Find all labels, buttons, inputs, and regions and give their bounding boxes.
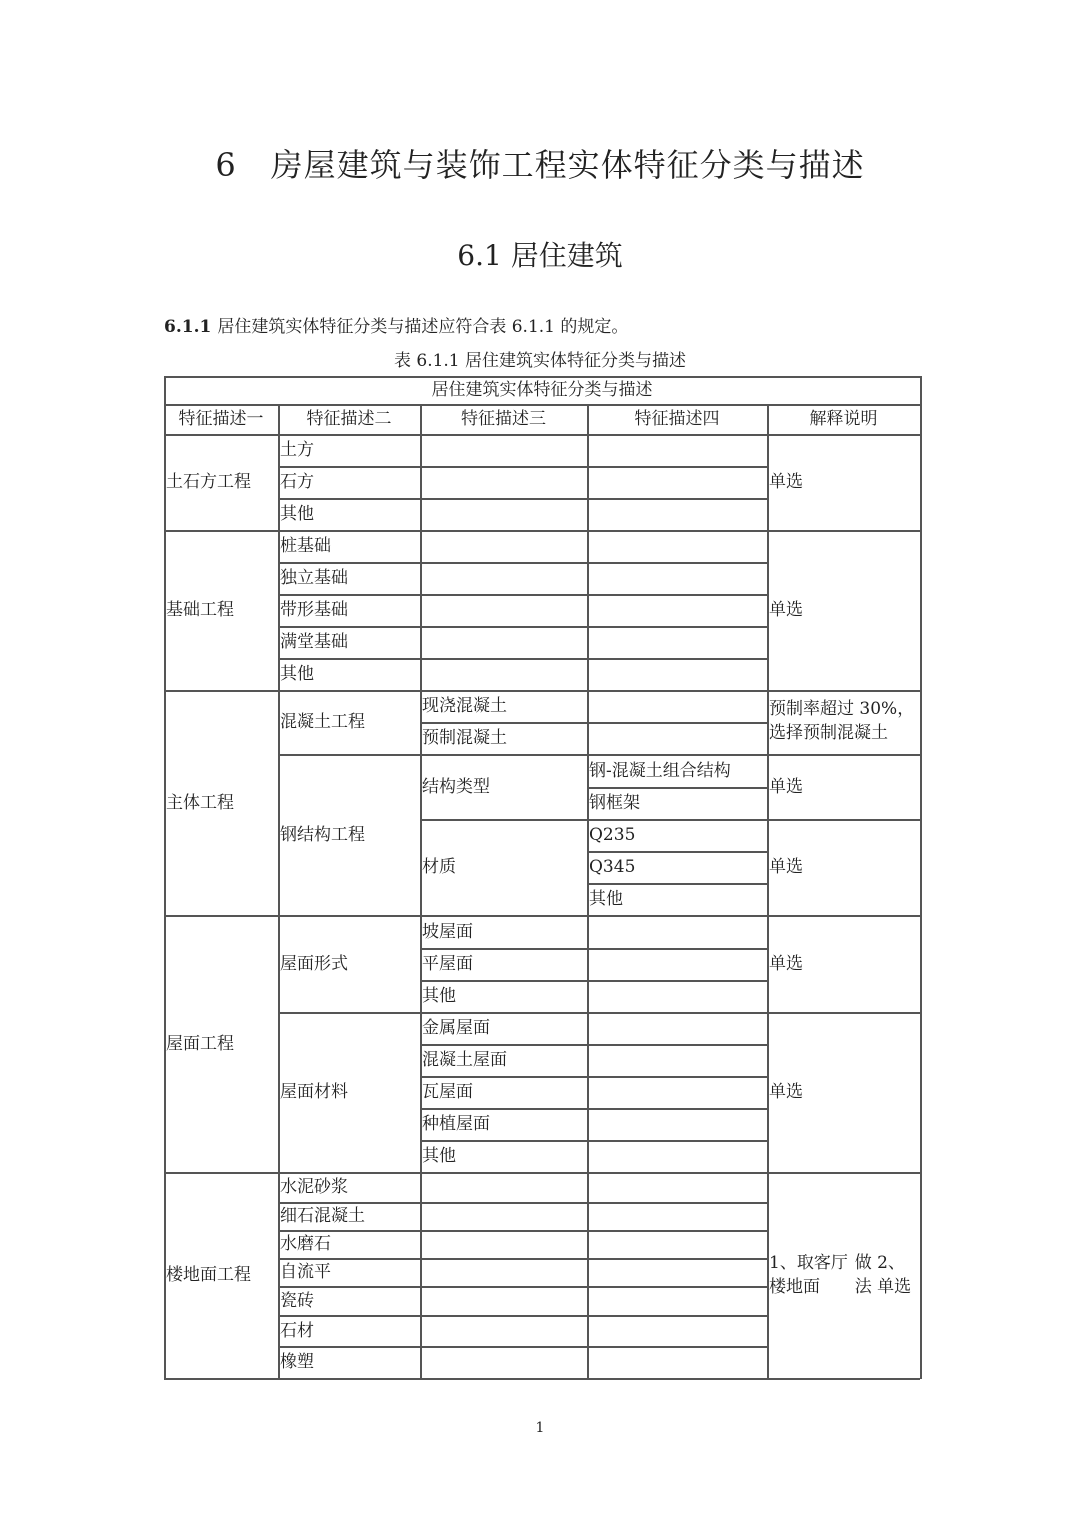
group-name: 主体工程 (166, 690, 276, 915)
table-rule (420, 1076, 767, 1078)
item-cell: 其他 (422, 1140, 585, 1172)
item-cell: 其他 (280, 498, 418, 530)
note-cell: 1、取客厅楼地面做法2、单选 (769, 1172, 918, 1378)
item-cell: 石方 (280, 466, 418, 498)
item-cell: 钢框架 (589, 787, 765, 819)
table-rule (278, 498, 767, 500)
subgroup-name: 钢结构工程 (280, 754, 418, 915)
item-cell: 坡屋面 (422, 915, 585, 948)
group-name: 屋面工程 (166, 915, 276, 1172)
table-rule (420, 1140, 767, 1142)
item-cell: 橡塑 (280, 1346, 418, 1378)
table-rule (278, 466, 767, 468)
item-cell: 满堂基础 (280, 626, 418, 658)
item-cell: 带形基础 (280, 594, 418, 626)
group-name: 基础工程 (166, 530, 276, 690)
item-cell: 桩基础 (280, 530, 418, 562)
table-rule (278, 594, 767, 596)
table-rule (278, 1286, 767, 1288)
note-line: 预制率超过 30%， (769, 699, 914, 719)
note-cell: 单选 (769, 754, 918, 819)
item-cell: 自流平 (280, 1258, 418, 1286)
subgroup-name: 材质 (422, 819, 585, 915)
table-rule (420, 948, 767, 950)
table-rule (420, 980, 767, 982)
table-rule (587, 851, 767, 853)
item-cell: 水泥砂浆 (280, 1172, 418, 1202)
item-cell: 现浇混凝土 (422, 690, 585, 722)
table-rule (420, 1044, 767, 1046)
chapter-title-text: 房屋建筑与装饰工程实体特征分类与描述 (271, 146, 865, 184)
note-cell: 单选 (769, 434, 918, 530)
item-cell: Q345 (589, 851, 765, 883)
table-rule (420, 722, 767, 724)
note-cell: 单选 (769, 819, 918, 915)
note-cell: 单选 (769, 1012, 918, 1172)
table-rule (587, 883, 767, 885)
item-cell: 平屋面 (422, 948, 585, 980)
column-header: 解释说明 (769, 404, 918, 434)
item-cell: 种植屋面 (422, 1108, 585, 1140)
table-rule (278, 1258, 767, 1260)
table-rule (420, 1108, 767, 1110)
table-rule (278, 1315, 767, 1317)
subgroup-name: 屋面形式 (280, 915, 418, 1012)
subgroup-name: 屋面材料 (280, 1012, 418, 1172)
table-rule (278, 562, 767, 564)
chapter-number: 6 (215, 146, 236, 184)
table-title: 居住建筑实体特征分类与描述 (166, 376, 918, 404)
column-header: 特征描述三 (422, 404, 585, 434)
clause-number: 6.1.1 (164, 317, 211, 337)
table-rule (587, 787, 767, 789)
item-cell: 其他 (280, 658, 418, 690)
item-cell: 细石混凝土 (280, 1202, 418, 1230)
table-caption: 表 6.1.1 居住建筑实体特征分类与描述 (0, 346, 1080, 371)
clause-paragraph: 6.1.1居住建筑实体特征分类与描述应符合表 6.1.1 的规定。 (164, 312, 628, 337)
page-number: 1 (0, 1420, 1080, 1436)
column-header: 特征描述一 (166, 404, 276, 434)
item-cell: 石材 (280, 1315, 418, 1346)
group-name: 土石方工程 (166, 434, 276, 530)
item-cell: 独立基础 (280, 562, 418, 594)
section-title: 6.1 居住建筑 (0, 234, 1080, 274)
subgroup-name: 结构类型 (422, 754, 585, 819)
group-name: 楼地面工程 (166, 1172, 276, 1378)
table-rule (278, 1230, 767, 1232)
item-cell: 瓦屋面 (422, 1076, 585, 1108)
note-line: 选择预制混凝土 (769, 723, 888, 743)
note-cell: 单选 (769, 915, 918, 1012)
item-cell: 钢-混凝土组合结构 (589, 754, 765, 787)
chapter-title: 6房屋建筑与装饰工程实体特征分类与描述 (0, 140, 1080, 186)
note-line: 2、单选 (877, 1251, 918, 1299)
table-rule (920, 376, 922, 1379)
subgroup-name: 混凝土工程 (280, 690, 418, 754)
column-header: 特征描述二 (280, 404, 418, 434)
item-cell: 其他 (589, 883, 765, 915)
note-line: 做法 (855, 1251, 877, 1299)
item-cell: Q235 (589, 819, 765, 851)
clause-text: 居住建筑实体特征分类与描述应符合表 6.1.1 的规定。 (217, 317, 628, 337)
item-cell: 其他 (422, 980, 585, 1012)
note-cell: 预制率超过 30%，选择预制混凝土 (769, 690, 918, 754)
note-line: 1、取客厅楼地面 (769, 1251, 855, 1299)
column-header: 特征描述四 (589, 404, 765, 434)
item-cell: 瓷砖 (280, 1286, 418, 1315)
item-cell: 混凝土屋面 (422, 1044, 585, 1076)
note-cell: 单选 (769, 530, 918, 690)
item-cell: 预制混凝土 (422, 722, 585, 754)
table-rule (278, 658, 767, 660)
table-rule (278, 1346, 767, 1348)
item-cell: 土方 (280, 434, 418, 466)
table-rule (278, 626, 767, 628)
item-cell: 金属屋面 (422, 1012, 585, 1044)
table-rule (278, 1202, 767, 1204)
item-cell: 水磨石 (280, 1230, 418, 1258)
